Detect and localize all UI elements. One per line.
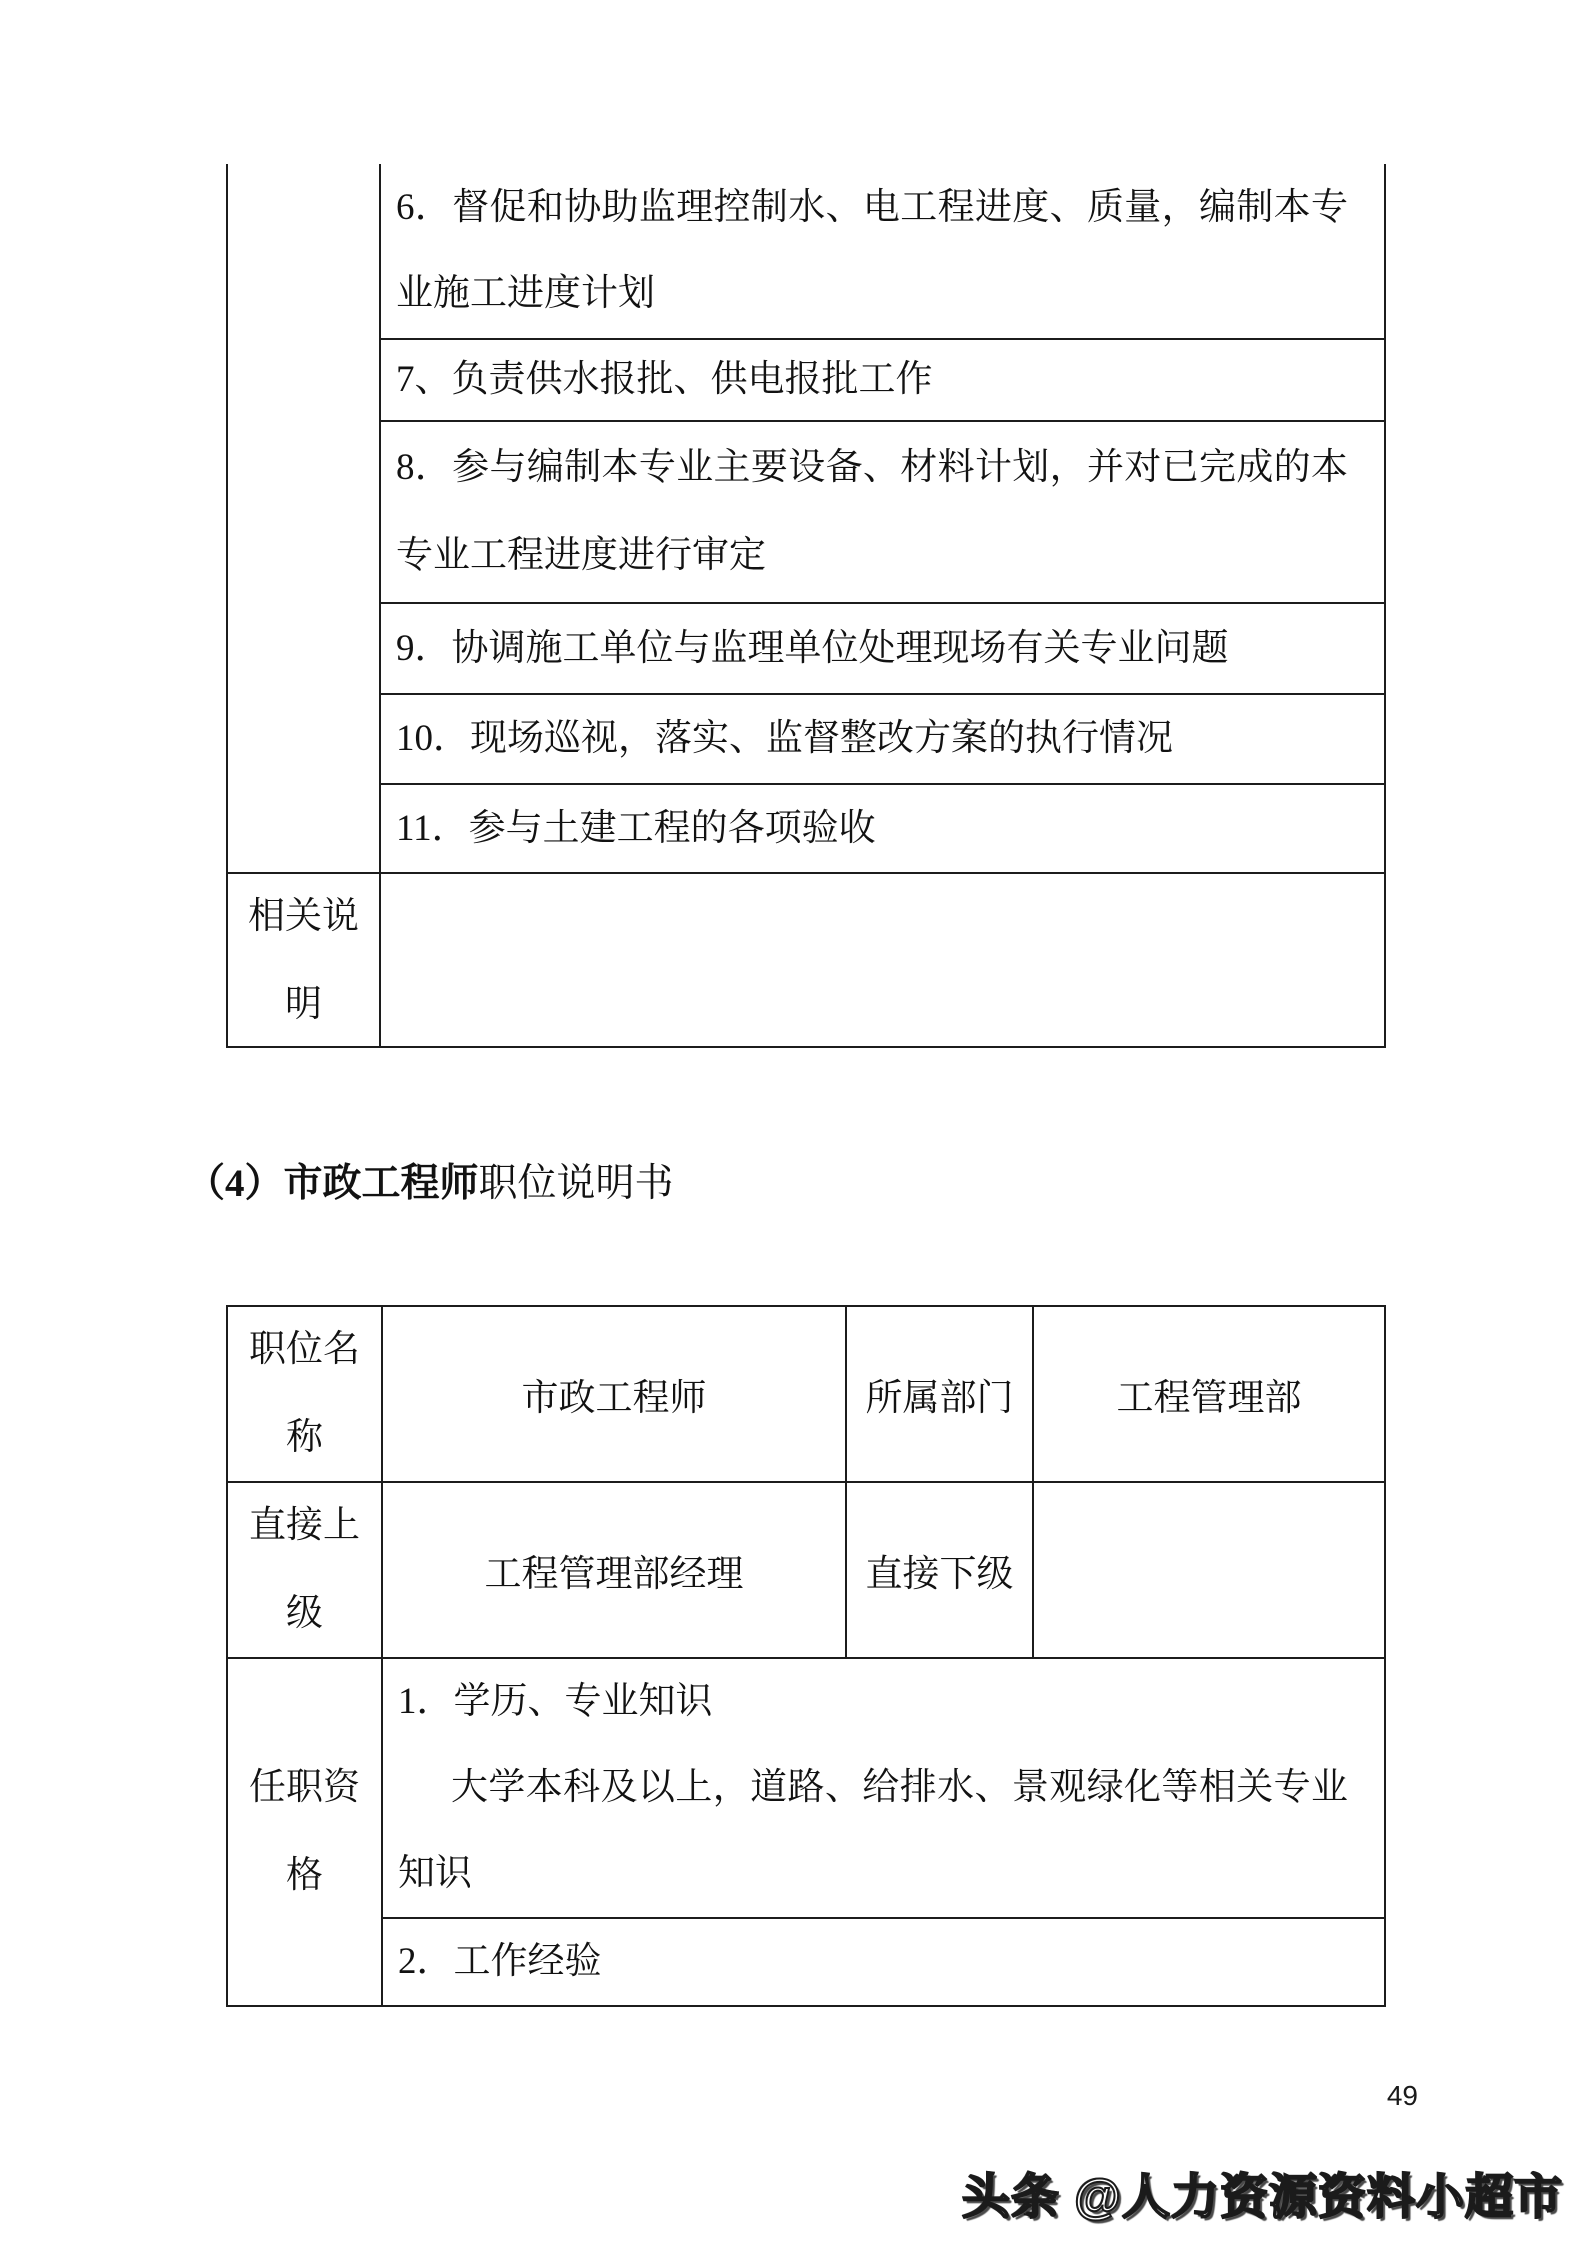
text-line: 任职资 <box>249 1744 360 1832</box>
subordinate-label: 直接下级 <box>847 1483 1034 1657</box>
related-notes-label: 相关说明 <box>228 874 381 1048</box>
text-line: 明 <box>285 961 322 1049</box>
job-description-table: 职位名称 市政工程师 所属部门 工程管理部 直接上级 工程管理部经理 直接下级 … <box>226 1305 1386 2007</box>
department-value: 工程管理部 <box>1034 1307 1384 1481</box>
duties-table: 6．督促和协助监理控制水、电工程进度、质量，编制本专业施工进度计划 7、负责供水… <box>226 164 1386 1048</box>
superior-row: 直接上级 工程管理部经理 直接下级 <box>228 1483 1384 1659</box>
qualification-education: 1．学历、专业知识大学本科及以上，道路、给排水、景观绿化等相关专业知识 <box>383 1659 1384 1919</box>
section-heading-regular: 职位说明书 <box>479 1162 674 1205</box>
text-line: 业施工进度计划 <box>396 250 1348 338</box>
watermark-text: 头条 @人力资源资料小超市 <box>962 2158 1563 2227</box>
qualifications-content: 1．学历、专业知识大学本科及以上，道路、给排水、景观绿化等相关专业知识 2．工作… <box>383 1659 1384 2005</box>
text-line: 称 <box>286 1394 323 1481</box>
text-line: 专业工程进度进行审定 <box>396 512 1348 600</box>
text-line: 10．现场巡视，落实、监督整改方案的执行情况 <box>396 695 1348 783</box>
text-line: 格 <box>286 1832 323 1920</box>
section-heading-bold: （4）市政工程师 <box>186 1162 479 1205</box>
duty-item-8: 8．参与编制本专业主要设备、材料计划，并对已完成的本专业工程进度进行审定 <box>381 422 1384 604</box>
text-line: 1．学历、专业知识 <box>398 1659 1348 1745</box>
qualification-experience: 2．工作经验 <box>383 1919 1384 2005</box>
text-line: 知识 <box>398 1831 1348 1917</box>
job-title-value: 市政工程师 <box>383 1307 847 1481</box>
duty-item-6: 6．督促和协助监理控制水、电工程进度、质量，编制本专业施工进度计划 <box>381 164 1384 340</box>
duties-label-cell-empty <box>228 164 381 872</box>
job-title-row: 职位名称 市政工程师 所属部门 工程管理部 <box>228 1307 1384 1483</box>
duty-item-7: 7、负责供水报批、供电报批工作 <box>381 340 1384 422</box>
duty-item-11: 11．参与土建工程的各项验收 <box>381 785 1384 872</box>
duties-list: 6．督促和协助监理控制水、电工程进度、质量，编制本专业施工进度计划 7、负责供水… <box>381 164 1384 872</box>
qualifications-row: 任职资格 1．学历、专业知识大学本科及以上，道路、给排水、景观绿化等相关专业知识… <box>228 1659 1384 2005</box>
text-line: 直接上 <box>249 1483 360 1570</box>
related-notes-row: 相关说明 <box>228 872 1384 1048</box>
text-line: 大学本科及以上，道路、给排水、景观绿化等相关专业 <box>398 1745 1348 1831</box>
qualifications-label: 任职资格 <box>228 1659 383 2005</box>
text-line: 7、负责供水报批、供电报批工作 <box>396 340 1348 422</box>
text-line: 9．协调施工单位与监理单位处理现场有关专业问题 <box>396 605 1348 693</box>
text-line: 级 <box>286 1570 323 1657</box>
related-notes-value <box>381 874 1384 1048</box>
page-number: 49 <box>1300 2080 1418 2112</box>
section-heading: （4）市政工程师职位说明书 <box>186 1152 674 1208</box>
text-line: 11．参与土建工程的各项验收 <box>396 785 1348 872</box>
duty-item-9: 9．协调施工单位与监理单位处理现场有关专业问题 <box>381 604 1384 695</box>
superior-value: 工程管理部经理 <box>383 1483 847 1657</box>
subordinate-value <box>1034 1483 1384 1657</box>
duty-item-10: 10．现场巡视，落实、监督整改方案的执行情况 <box>381 695 1384 785</box>
superior-label: 直接上级 <box>228 1483 383 1657</box>
text-line: 2．工作经验 <box>398 1919 1348 2005</box>
text-line: 职位名 <box>249 1307 360 1394</box>
text-line: 6．督促和协助监理控制水、电工程进度、质量，编制本专 <box>396 164 1348 250</box>
text-line: 相关说 <box>248 873 359 961</box>
duties-table-body: 6．督促和协助监理控制水、电工程进度、质量，编制本专业施工进度计划 7、负责供水… <box>228 164 1384 872</box>
department-label: 所属部门 <box>847 1307 1034 1481</box>
text-line: 8．参与编制本专业主要设备、材料计划，并对已完成的本 <box>396 424 1348 512</box>
job-title-label: 职位名称 <box>228 1307 383 1481</box>
document-page: 6．督促和协助监理控制水、电工程进度、质量，编制本专业施工进度计划 7、负责供水… <box>0 0 1587 2245</box>
